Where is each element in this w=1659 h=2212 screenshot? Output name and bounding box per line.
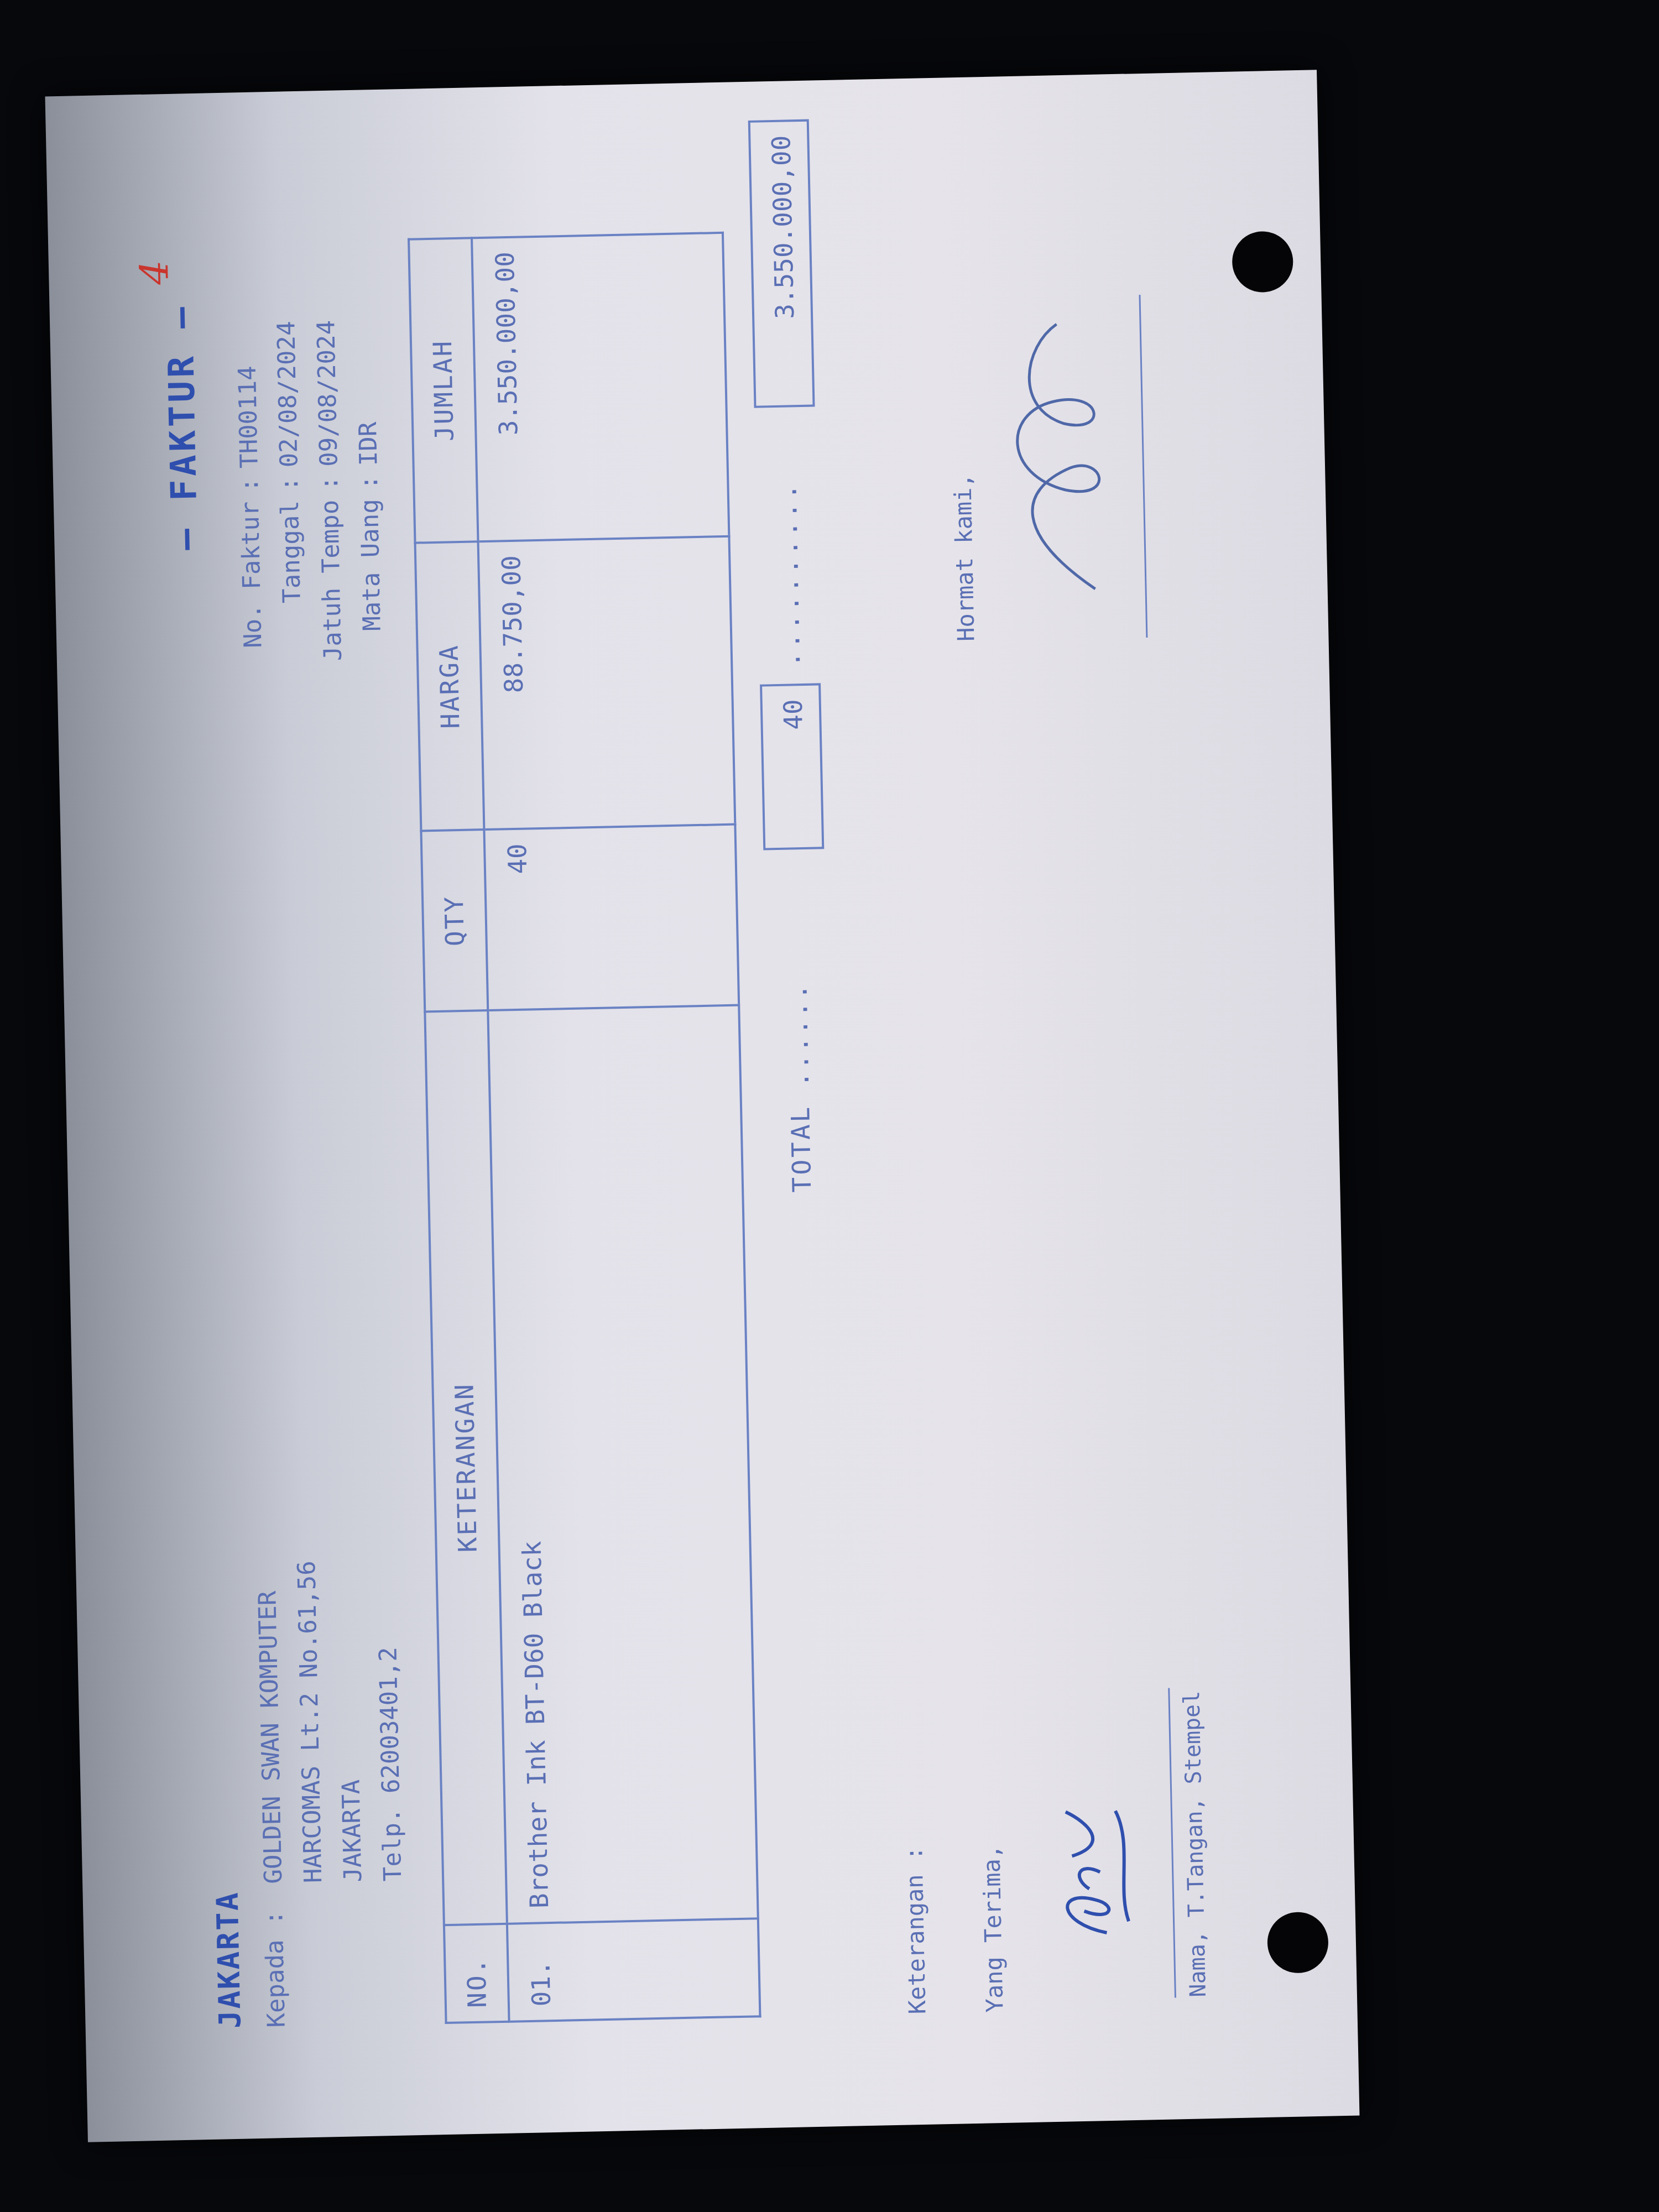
recipient-label: Kepada : xyxy=(254,1884,296,2028)
invoice-paper: JAKARTA Kepada : GOLDEN SWAN KOMPUTER HA… xyxy=(45,70,1360,2142)
recipient-signature xyxy=(1021,1788,1146,1957)
recipient-address: HARCOMAS Lt.2 No.61,56 xyxy=(287,1561,333,1884)
punch-hole xyxy=(1232,231,1293,293)
recipient-name: GOLDEN SWAN KOMPUTER xyxy=(248,1590,294,1884)
cell-qty: 40 xyxy=(484,825,739,1010)
cell-no: 01. xyxy=(507,1918,760,2022)
header-jumlah: JUMLAH xyxy=(409,238,478,542)
cell-harga: 88.750,00 xyxy=(478,536,735,830)
header-harga: HARGA xyxy=(415,541,484,831)
total-dots: .......... xyxy=(772,481,806,667)
regards-label: Hormat kami, xyxy=(949,473,979,641)
received-by-label: Yang Terima, xyxy=(978,1844,1008,2012)
header-qty: QTY xyxy=(421,830,488,1012)
recipient-block: Kepada : GOLDEN SWAN KOMPUTER HARCOMAS L… xyxy=(247,1559,416,2028)
total-qty: 40 xyxy=(760,683,824,850)
cell-keterangan: Brother Ink BT-D60 Black xyxy=(488,1005,758,1923)
signature-line-recipient xyxy=(1168,1688,1176,1998)
signature-caption: Nama, T.Tangan, Stempel xyxy=(1179,1691,1211,1997)
header-no: NO. xyxy=(444,1923,509,2023)
total-amount: 3.550.000,00 xyxy=(748,119,815,408)
line-items-table: NO. KETERANGAN QTY HARGA JUMLAH 01. Brot… xyxy=(408,232,761,2024)
company-city: JAKARTA xyxy=(210,1891,248,2029)
table-row: 01. Brother Ink BT-D60 Black 40 88.750,0… xyxy=(472,233,760,2022)
recipient-phone: Telp. 62003401,2 xyxy=(368,1647,413,1882)
handwritten-page-mark: 4 xyxy=(132,260,178,285)
invoice-meta: No. Faktur:TH00114 Tanggal:02/08/2024 Ja… xyxy=(226,255,395,740)
total-label: TOTAL ...... xyxy=(782,982,817,1192)
cell-jumlah: 3.550.000,00 xyxy=(472,233,729,541)
punch-hole xyxy=(1267,1912,1329,1974)
signature-line-issuer xyxy=(1139,295,1147,638)
document-title: — FAKTUR — xyxy=(160,304,206,551)
totals-row: TOTAL ...... 40 .......... 3.550.000,00 xyxy=(750,229,854,2017)
recipient-city: JAKARTA xyxy=(331,1779,373,1882)
issuer-signature xyxy=(979,311,1140,602)
notes-label: Keterangan : xyxy=(900,1846,931,2014)
